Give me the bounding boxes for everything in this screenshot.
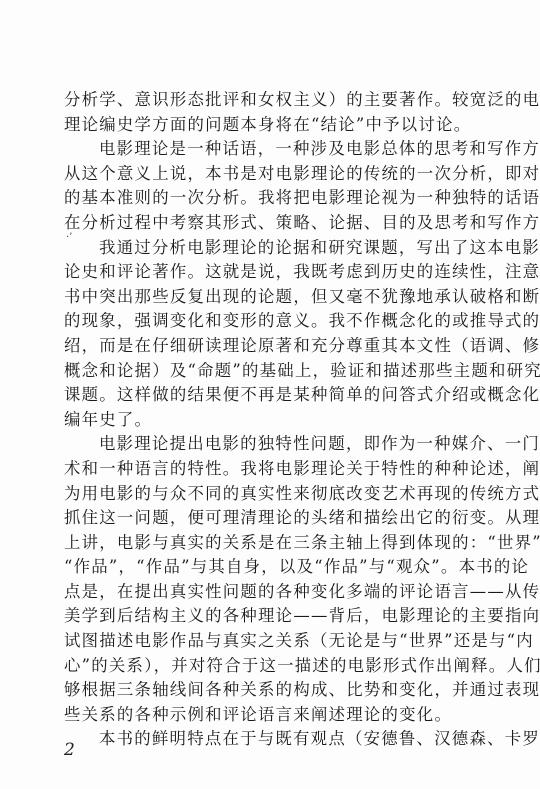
text-line: 本书的鲜明特点在于与既有观点（安德鲁、汉德森、卡罗 (64, 727, 476, 752)
text-line: 试图描述电影作品与真实之关系（无论是与“世界”还是与“内 (64, 629, 476, 654)
text-line: 绍，而是在仔细研读理论原著和充分尊重其本文性（语调、修辞、 (64, 334, 476, 359)
text-line: 心”的关系），并对符合于这一描述的电影形式作出阐释。人们能 (64, 654, 476, 679)
text-line: 电影理论是一种话语，一种涉及电影总体的思考和写作方式。 (64, 137, 476, 162)
text-line: 论史和评论著作。这就是说，我既考虑到历史的连续性，注意在 (64, 260, 476, 285)
text-line: 的基本准则的一次分析。我将把电影理论视为一种独特的话语，并 (64, 186, 476, 211)
page-number: 2 (64, 740, 75, 760)
text-line: 我通过分析电影理论的论据和研究课题，写出了这本电影理 (64, 236, 476, 261)
text-line: 上讲，电影与真实的关系是在三条主轴上得到体现的：“世界”与 (64, 531, 476, 556)
text-line: 为用电影的与众不同的真实性来彻底改变艺术再现的传统方式。 (64, 482, 476, 507)
text-line: 课题。这样做的结果便不再是某种简单的问答式介绍或概念化的 (64, 383, 476, 408)
body-text: 分析学、意识形态批评和女权主义）的主要著作。较宽泛的电影理论编史学方面的问题本身… (64, 88, 476, 752)
text-line: 分析学、意识形态批评和女权主义）的主要著作。较宽泛的电影 (64, 88, 476, 113)
text-line: 美学到后结构主义的各种理论——背后，电影理论的主要指向是 (64, 604, 476, 629)
text-line: 够根据三条轴线间各种关系的构成、比势和变化，并通过表现这 (64, 678, 476, 703)
scan-speck: ·’ (66, 232, 72, 243)
text-line: 电影理论提出电影的独特性问题，即作为一种媒介、一门艺 (64, 432, 476, 457)
text-line: 在分析过程中考察其形式、策略、论据、目的及思考和写作方式。 (64, 211, 476, 236)
text-line: 术和一种语言的特性。我将电影理论关于特性的种种论述，阐释 (64, 457, 476, 482)
text-line: 点是，在提出真实性问题的各种变化多端的评论语言——从传统 (64, 580, 476, 605)
text-line: “作品”，“作品”与其自身，以及“作品”与“观众”。本书的论 (64, 555, 476, 580)
text-line: 抓住这一问题，便可理清理论的头绪和描绘出它的衍变。从理论 (64, 506, 476, 531)
text-line: 理论编史学方面的问题本身将在“结论”中予以讨论。 (64, 113, 476, 138)
book-page: 分析学、意识形态批评和女权主义）的主要著作。较宽泛的电影理论编史学方面的问题本身… (0, 0, 540, 789)
text-line: 编年史了。 (64, 408, 476, 433)
text-line: 书中突出那些反复出现的论题，但又毫不犹豫地承认破格和断裂 (64, 285, 476, 310)
text-line: 从这个意义上说，本书是对电影理论的传统的一次分析，即对它 (64, 162, 476, 187)
text-line: 的现象，强调变化和变形的意义。我不作概念化的或推导式的介 (64, 309, 476, 334)
text-line: 概念和论据）及“命题”的基础上，验证和描述那些主题和研究 (64, 359, 476, 384)
text-line: 些关系的各种示例和评论语言来阐述理论的变化。 (64, 703, 476, 728)
